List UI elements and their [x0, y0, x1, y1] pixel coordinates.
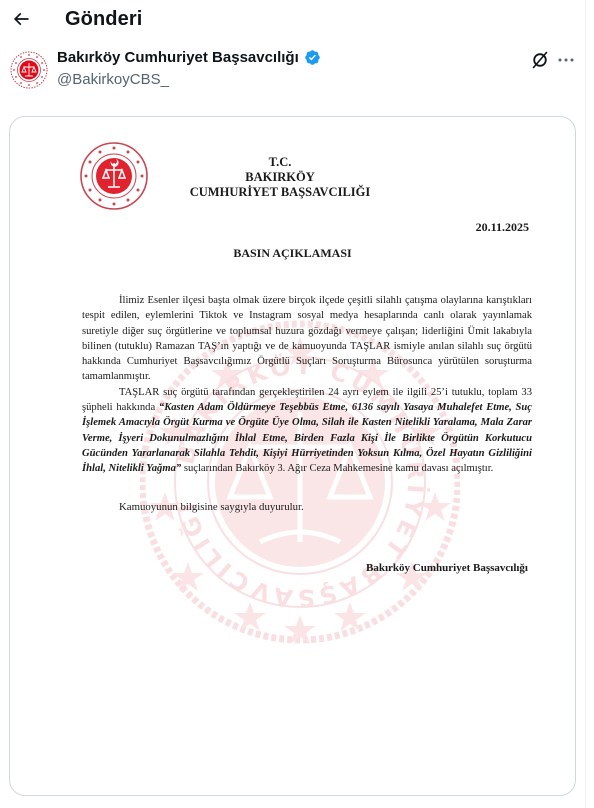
paragraph-2: TAŞLAR suç örgütü tarafından gerçekleşti…	[82, 385, 532, 477]
avatar[interactable]	[9, 50, 49, 90]
document-header: T.C. BAKIRKÖY CUMHURİYET BAŞSAVCILIĞI	[130, 155, 430, 200]
top-bar: Gönderi	[0, 0, 585, 42]
page-title: Gönderi	[65, 8, 142, 31]
header-line-city: BAKIRKÖY	[130, 170, 430, 185]
grok-icon	[530, 50, 550, 70]
post-media-image[interactable]: BAKIRKÖY CUMHURİYET BAŞSAVCILIĞI T.C. BA…	[9, 116, 576, 796]
document-closing: Kamuoyunun bilgisine saygıyla duyurulur.	[119, 501, 304, 513]
document-date: 20.11.2025	[476, 220, 529, 235]
arrow-left-icon	[11, 9, 31, 29]
document-signature: Bakırköy Cumhuriyet Başsavcılığı	[366, 562, 528, 574]
post-author-row: Bakırköy Cumhuriyet Başsavcılığı @Bakirk…	[0, 44, 585, 100]
back-button[interactable]	[8, 6, 34, 32]
header-line-office: CUMHURİYET BAŞSAVCILIĞI	[130, 185, 430, 200]
paragraph-2-end: suçlarından Bakırköy 3. Ağır Ceza Mahkem…	[181, 463, 493, 474]
header-line-tc: T.C.	[130, 155, 430, 170]
author-name[interactable]: Bakırköy Cumhuriyet Başsavcılığı	[57, 49, 299, 66]
column-divider	[585, 0, 586, 808]
grok-button[interactable]	[530, 50, 550, 70]
more-horizontal-icon	[557, 57, 575, 63]
paragraph-1: İlimiz Esenler ilçesi başta olmak üzere …	[82, 293, 532, 385]
verified-badge-icon	[304, 49, 321, 66]
court-seal-icon	[9, 50, 49, 90]
document-body: İlimiz Esenler ilçesi başta olmak üzere …	[82, 293, 532, 477]
press-release-document: BAKIRKÖY CUMHURİYET BAŞSAVCILIĞI T.C. BA…	[10, 117, 575, 795]
more-options-button[interactable]	[555, 50, 577, 70]
document-subject: BASIN AÇIKLAMASI	[10, 246, 575, 261]
author-handle[interactable]: @BakirkoyCBS_	[57, 71, 169, 88]
